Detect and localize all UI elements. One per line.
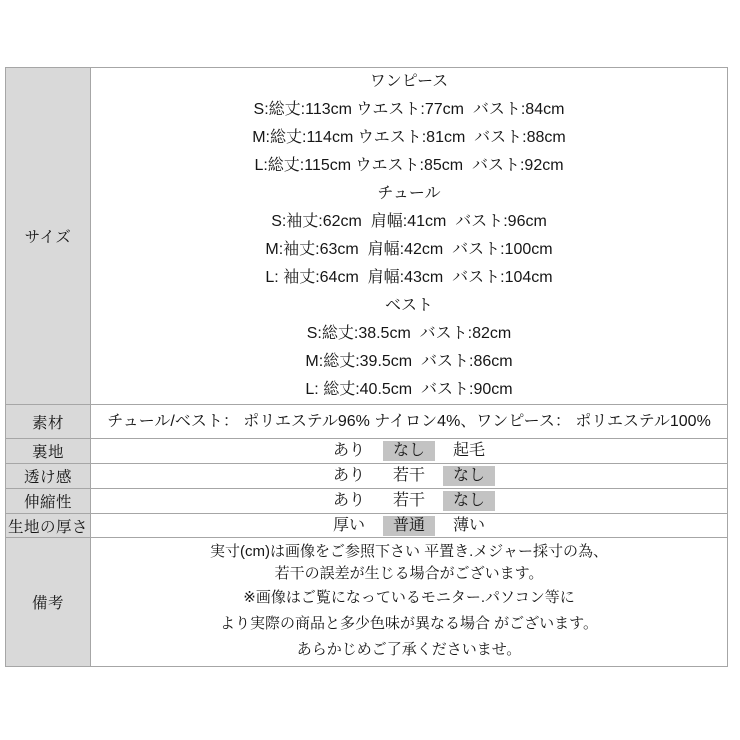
note-line: 実寸(cm)は画像をご参照下さい 平置き.メジャー採寸の為、: [210, 541, 608, 563]
option: あり: [323, 441, 375, 461]
note-line: より実際の商品と多少色味が異なる場合 がございます。: [220, 611, 598, 637]
size-line: S:袖丈:62cm 肩幅:41cm バスト:96cm: [271, 208, 547, 236]
option-selected: なし: [443, 466, 495, 486]
spec-row-material: 素材チュール/ベスト： ポリエステル96% ナイロン4%、ワンピース： ポリエス…: [6, 404, 727, 438]
row-content-stretch: あり若干なし: [91, 489, 727, 513]
size-line: L: 総丈:40.5cm バスト:90cm: [305, 376, 512, 404]
option: 若干: [383, 491, 435, 511]
row-label-sheerness: 透け感: [6, 464, 91, 488]
size-line: L: 袖丈:64cm 肩幅:43cm バスト:104cm: [265, 264, 552, 292]
row-label-lining: 裏地: [6, 439, 91, 463]
option: あり: [323, 491, 375, 511]
size-line: S:総丈:38.5cm バスト:82cm: [307, 320, 512, 348]
row-content-thickness: 厚い普通薄い: [91, 514, 727, 537]
row-label-thickness: 生地の厚さ: [6, 514, 91, 537]
row-content-sheerness: あり若干なし: [91, 464, 727, 488]
size-line: ベスト: [385, 292, 433, 320]
spec-row-sheerness: 透け感あり若干なし: [6, 463, 727, 488]
option: 若干: [383, 466, 435, 486]
spec-row-lining: 裏地ありなし起毛: [6, 438, 727, 463]
options-line: 厚い普通薄い: [319, 516, 499, 536]
note-line: ※画像はご覧になっているモニター.パソコン等に: [243, 585, 574, 611]
product-spec-page: サイズワンピースS:総丈:113cm ウエスト:77cm バスト:84cmM:総…: [0, 0, 740, 740]
option: あり: [323, 466, 375, 486]
size-line: ワンピース: [370, 68, 449, 96]
size-line: チュール: [377, 180, 440, 208]
spec-row-thickness: 生地の厚さ厚い普通薄い: [6, 513, 727, 537]
size-line: S:総丈:113cm ウエスト:77cm バスト:84cm: [254, 96, 565, 124]
row-label-size: サイズ: [6, 68, 91, 404]
option: 厚い: [323, 516, 375, 536]
spec-row-stretch: 伸縮性あり若干なし: [6, 488, 727, 513]
size-line: M:総丈:39.5cm バスト:86cm: [305, 348, 512, 376]
option-selected: 普通: [383, 516, 435, 536]
option-selected: なし: [383, 441, 435, 461]
material-text: チュール/ベスト： ポリエステル96% ナイロン4%、ワンピース： ポリエステル…: [107, 412, 711, 432]
row-label-stretch: 伸縮性: [6, 489, 91, 513]
size-line: L:総丈:115cm ウエスト:85cm バスト:92cm: [254, 152, 563, 180]
spec-row-size: サイズワンピースS:総丈:113cm ウエスト:77cm バスト:84cmM:総…: [6, 68, 727, 404]
row-content-notes: 実寸(cm)は画像をご参照下さい 平置き.メジャー採寸の為、若干の誤差が生じる場…: [91, 538, 727, 666]
row-label-notes: 備考: [6, 538, 91, 666]
spec-row-notes: 備考実寸(cm)は画像をご参照下さい 平置き.メジャー採寸の為、若干の誤差が生じ…: [6, 537, 727, 666]
note-line: 若干の誤差が生じる場合がございます。: [275, 563, 544, 585]
options-line: あり若干なし: [319, 466, 499, 486]
spec-table: サイズワンピースS:総丈:113cm ウエスト:77cm バスト:84cmM:総…: [5, 67, 728, 667]
row-content-lining: ありなし起毛: [91, 439, 727, 463]
option: 薄い: [443, 516, 495, 536]
option-selected: なし: [443, 491, 495, 511]
row-content-material: チュール/ベスト： ポリエステル96% ナイロン4%、ワンピース： ポリエステル…: [91, 405, 727, 438]
options-line: あり若干なし: [319, 491, 499, 511]
row-label-material: 素材: [6, 405, 91, 438]
note-line: あらかじめご了承くださいませ。: [297, 637, 522, 663]
row-content-size: ワンピースS:総丈:113cm ウエスト:77cm バスト:84cmM:総丈:1…: [91, 68, 727, 404]
size-line: M:総丈:114cm ウエスト:81cm バスト:88cm: [252, 124, 566, 152]
size-line: M:袖丈:63cm 肩幅:42cm バスト:100cm: [265, 236, 552, 264]
option: 起毛: [443, 441, 495, 461]
options-line: ありなし起毛: [319, 441, 499, 461]
